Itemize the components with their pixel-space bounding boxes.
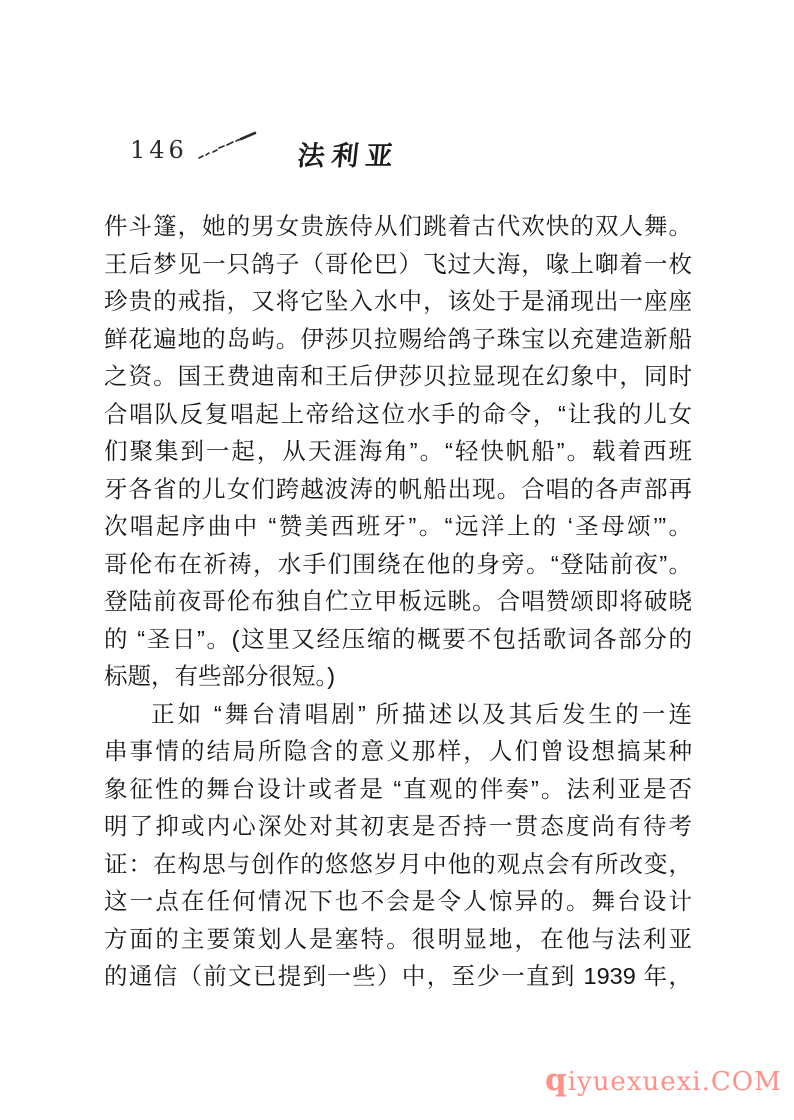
pen-scribble-icon xyxy=(196,128,260,167)
watermark-lead: q xyxy=(545,1062,568,1098)
text-line: 珍贵的戒指，又将它坠入水中，该处于是涌现出一座座 xyxy=(104,283,692,321)
running-head: 146 法利亚 xyxy=(0,126,794,170)
text-line: 的通信（前文已提到一些）中，至少一直到 1939 年， xyxy=(104,958,692,996)
text-line: 哥伦布在祈祷，水手们围绕在他的身旁。“登陆前夜”。 xyxy=(104,546,692,584)
text-line: 鲜花遍地的岛屿。伊莎贝拉赐给鸽子珠宝以充建造新船 xyxy=(104,321,692,359)
text-line: 牙各省的儿女们跨越波涛的帆船出现。合唱的各声部再 xyxy=(104,471,692,509)
text-line: 证：在构思与创作的悠悠岁月中他的观点会有所改变， xyxy=(104,846,692,884)
text-line: 王后梦见一只鸽子（哥伦巴）飞过大海，喙上啣着一枚 xyxy=(104,246,692,284)
book-title: 法利亚 xyxy=(296,134,402,173)
paragraph: 件斗篷，她的男女贵族侍从们跳着古代欢快的双人舞。王后梦见一只鸽子（哥伦巴）飞过大… xyxy=(104,208,692,696)
text-line: 明了抑或内心深处对其初衷是否持一贯态度尚有待考 xyxy=(104,808,692,846)
text-line: 次唱起序曲中 “赞美西班牙”。“远洋上的 ‘圣母颂’”。 xyxy=(104,508,692,546)
text-line: 件斗篷，她的男女贵族侍从们跳着古代欢快的双人舞。 xyxy=(104,208,692,246)
text-line: 标题，有些部分很短。) xyxy=(104,658,692,696)
text-line: 象征性的舞台设计或者是 “直观的伴奏”。法利亚是否 xyxy=(104,771,692,809)
text-line: 的 “圣日”。(这里又经压缩的概要不包括歌词各部分的 xyxy=(104,621,692,659)
watermark-rest: iyuexuexi.COM xyxy=(568,1067,782,1097)
text-block: 件斗篷，她的男女贵族侍从们跳着古代欢快的双人舞。王后梦见一只鸽子（哥伦巴）飞过大… xyxy=(104,208,692,996)
text-line: 串事情的结局所隐含的意义那样，人们曾设想搞某种 xyxy=(104,733,692,771)
text-line: 们聚集到一起，从天涯海角”。“轻快帆船”。载着西班 xyxy=(104,433,692,471)
text-line: 合唱队反复唱起上帝给这位水手的命令，“让我的儿女 xyxy=(104,396,692,434)
text-line: 这一点在任何情况下也不会是令人惊异的。舞台设计 xyxy=(104,883,692,921)
page-number: 146 xyxy=(130,136,188,164)
paragraph: 正如 “舞台清唱剧” 所描述以及其后发生的一连串事情的结局所隐含的意义那样，人们… xyxy=(104,696,692,996)
watermark: qiyuexuexi.COM xyxy=(545,1062,782,1098)
text-line: 登陆前夜哥伦布独自伫立甲板远眺。合唱赞颂即将破晓 xyxy=(104,583,692,621)
text-line: 之资。国王费迪南和王后伊莎贝拉显现在幻象中，同时 xyxy=(104,358,692,396)
text-line: 正如 “舞台清唱剧” 所描述以及其后发生的一连 xyxy=(104,696,692,734)
text-line: 方面的主要策划人是塞特。很明显地，在他与法利亚 xyxy=(104,921,692,959)
